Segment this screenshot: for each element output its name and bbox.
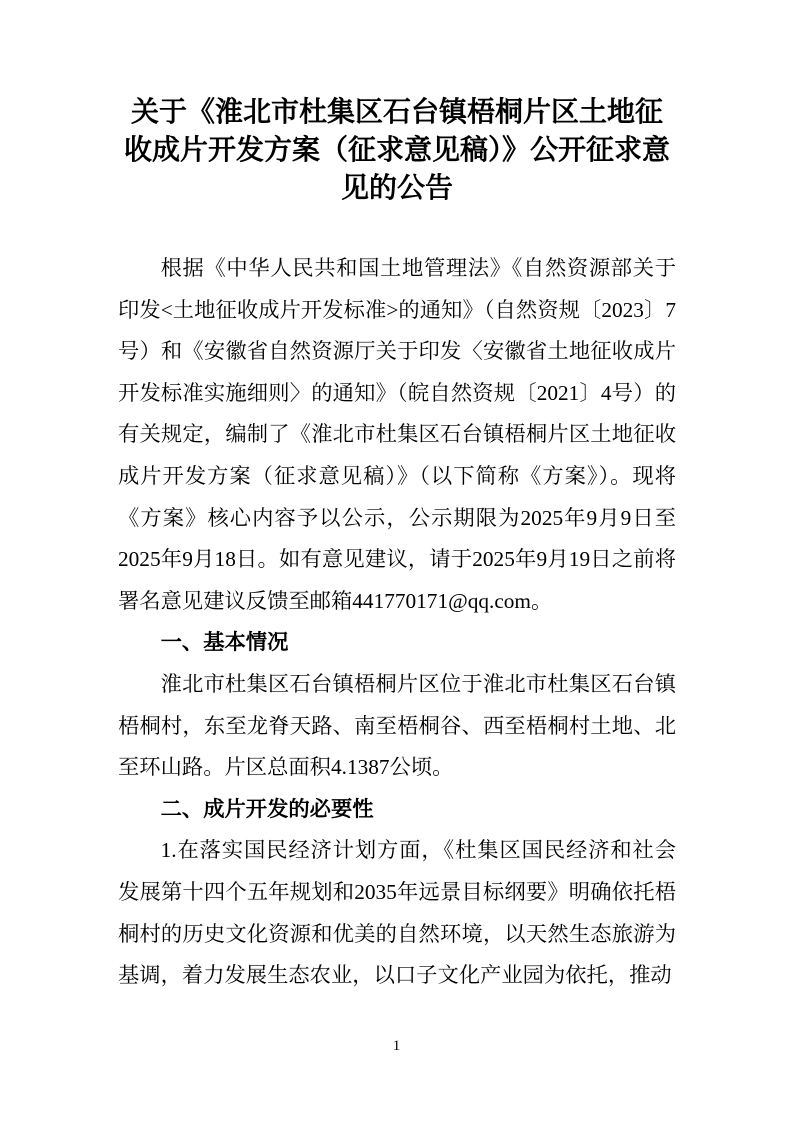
document-content: 关于《淮北市杜集区石台镇梧桐片区土地征收成片开发方案（征求意见稿）》公开征求意见… (118, 0, 676, 997)
section-heading-necessity: 二、成片开发的必要性 (118, 789, 676, 831)
page-number: 1 (0, 1036, 793, 1056)
section-heading-basic-info: 一、基本情况 (118, 622, 676, 664)
document-page: 关于《淮北市杜集区石台镇梧桐片区土地征收成片开发方案（征求意见稿）》公开征求意见… (0, 0, 793, 1122)
paragraph-legal-basis: 根据《中华人民共和国土地管理法》《自然资源部关于印发<土地征收成片开发标准>的通… (118, 248, 676, 622)
paragraph-basic-info: 淮北市杜集区石台镇梧桐片区位于淮北市杜集区石台镇梧桐村，东至龙脊天路、南至梧桐谷… (118, 664, 676, 789)
paragraph-necessity: 1.在落实国民经济计划方面，《杜集区国民经济和社会发展第十四个五年规划和2035… (118, 830, 676, 996)
document-title: 关于《淮北市杜集区石台镇梧桐片区土地征收成片开发方案（征求意见稿）》公开征求意见… (118, 94, 676, 208)
